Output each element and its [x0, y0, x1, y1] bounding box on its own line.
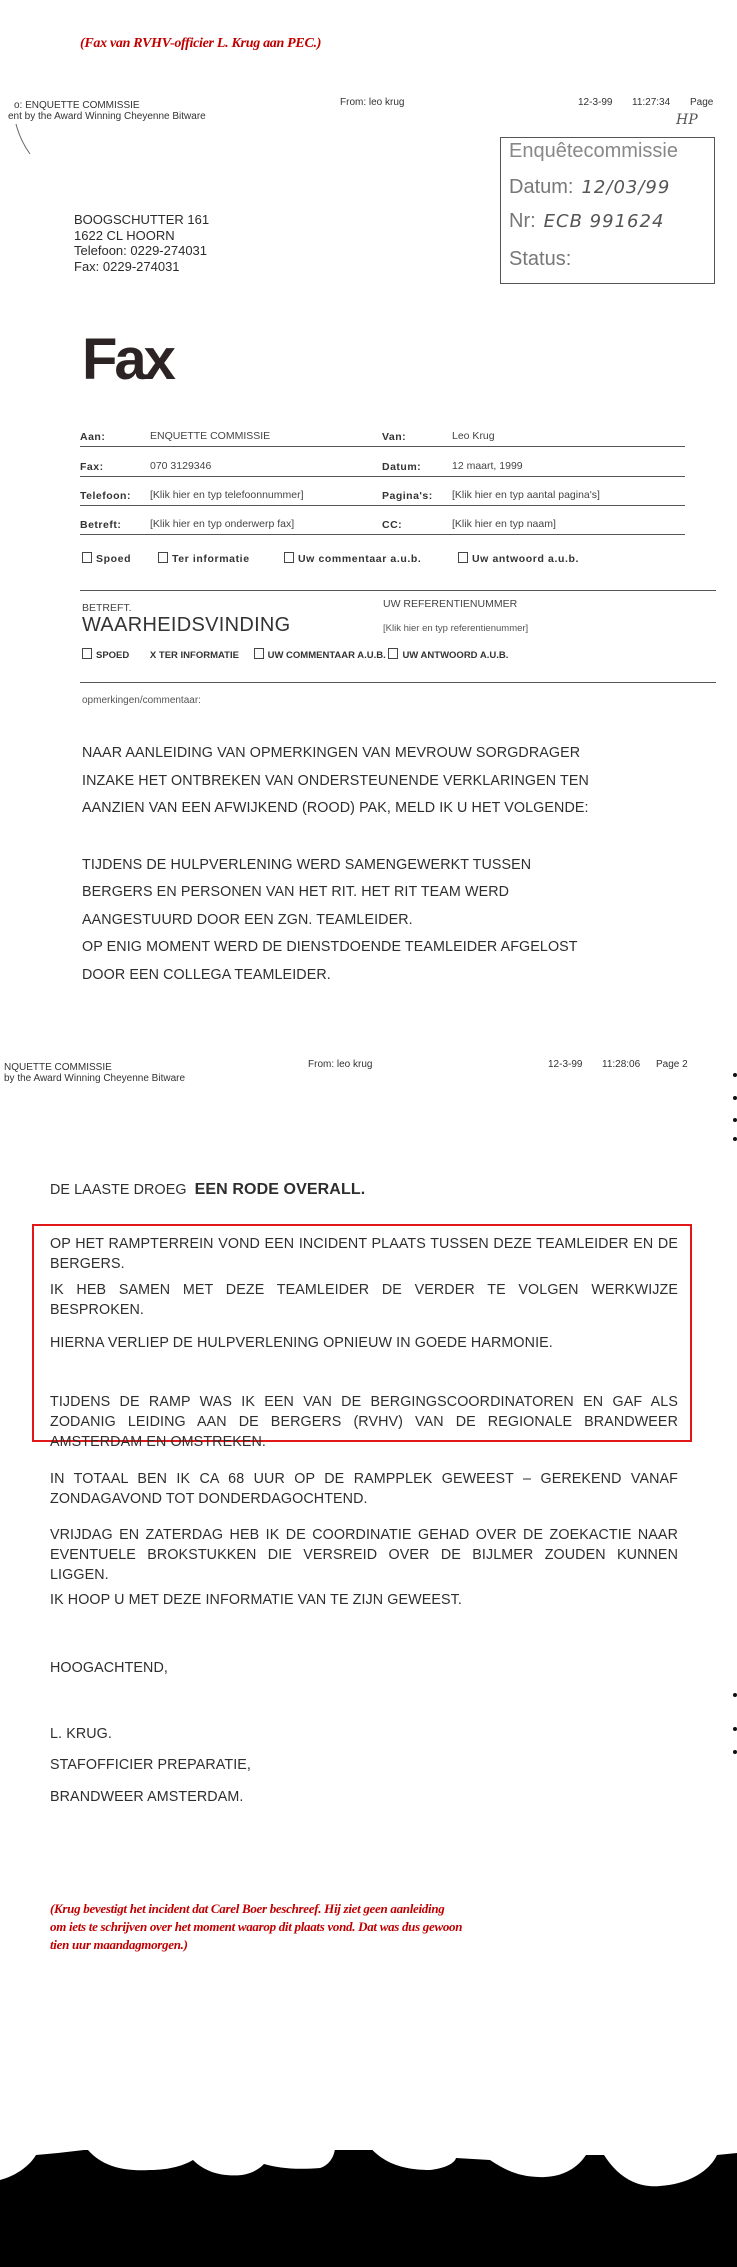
checkmark-x-icon: X: [150, 650, 156, 661]
value-aan: ENQUETTE COMMISSIE: [150, 430, 270, 442]
fax-header-time: 11:27:34: [632, 97, 670, 108]
ref-value[interactable]: [Klik hier en typ referentienummer]: [383, 623, 528, 634]
value-fax: 070 3129346: [150, 460, 211, 472]
fax-header-date: 12-3-99: [578, 97, 612, 108]
checkbox-icon: [254, 648, 264, 659]
fax-field-row-betreft: Betreft: [Klik hier en typ onderwerp fax…: [80, 508, 685, 535]
annotation-title: (Fax van RVHV-officier L. Krug aan PEC.): [80, 36, 321, 52]
checkbox-ter-informatie[interactable]: Ter informatie: [158, 552, 250, 565]
page2-paragraph-1: TIJDENS DE RAMP WAS IK EEN VAN DE BERGIN…: [50, 1392, 678, 1452]
address-phone: Telefoon: 0229-274031: [74, 243, 209, 259]
annotation-bottom: (Krug bevestigt het incident dat Carel B…: [50, 1900, 462, 1954]
label-datum: Datum:: [382, 461, 421, 473]
address-fax: Fax: 0229-274031: [74, 259, 209, 275]
check-uw-commentaar[interactable]: UW COMMENTAAR A.U.B.: [254, 650, 386, 661]
page1-body: NAAR AANLEIDING VAN OPMERKINGEN VAN MEVR…: [82, 740, 589, 989]
checkbox-uw-commentaar[interactable]: Uw commentaar a.u.b.: [284, 552, 421, 565]
red-overall-emphasis: EEN RODE OVERALL.: [195, 1181, 366, 1198]
fax-field-row-telefoon: Telefoon: [Klik hier en typ telefoonnumm…: [80, 479, 685, 506]
stamp-nr-value: ECB 991624: [544, 211, 665, 232]
fax-header-to-2: NQUETTE COMMISSIE: [4, 1062, 112, 1073]
fax-header-to: o: ENQUETTE COMMISSIE: [14, 100, 140, 111]
closing-org: BRANDWEER AMSTERDAM.: [50, 1789, 243, 1805]
sender-address: BOOGSCHUTTER 161 1622 CL HOORN Telefoon:…: [74, 212, 209, 274]
label-aan: Aan:: [80, 431, 105, 443]
fax-logo: Fax: [82, 326, 173, 393]
checkbox-spoed[interactable]: Spoed: [82, 552, 131, 565]
page2-lead: DE LAASTE DROEG EEN RODE OVERALL.: [50, 1181, 365, 1199]
label-fax: Fax:: [80, 461, 104, 473]
checkbox-icon: [82, 552, 92, 563]
fax-header-sent-by-2: by the Award Winning Cheyenne Bitware: [4, 1073, 185, 1084]
stamp-title: Enquêtecommissie: [509, 140, 678, 163]
value-datum: 12 maart, 1999: [452, 460, 523, 472]
received-stamp: Enquêtecommissie Datum:12/03/99 Nr:ECB 9…: [500, 137, 715, 284]
checkbox-uw-antwoord[interactable]: Uw antwoord a.u.b.: [458, 552, 579, 565]
value-cc[interactable]: [Klik hier en typ naam]: [452, 518, 556, 530]
checkbox-icon: [388, 648, 398, 659]
closing-name: L. KRUG.: [50, 1726, 112, 1742]
divider: [80, 682, 716, 683]
closing-greeting: HOOGACHTEND,: [50, 1660, 168, 1676]
betreft-label: BETREFT.: [82, 602, 132, 614]
checkbox-icon: [158, 552, 168, 563]
closing-title: STAFOFFICIER PREPARATIE,: [50, 1757, 251, 1773]
checkbox-icon: [284, 552, 294, 563]
edge-mark: [733, 1750, 737, 1754]
fax-header-from: From: leo krug: [340, 97, 404, 108]
check-spoed[interactable]: SPOED: [82, 650, 129, 661]
edge-mark: [733, 1137, 737, 1141]
label-cc: CC:: [382, 519, 402, 531]
scribble-mark: [12, 122, 42, 158]
fax-header-from-2: From: leo krug: [308, 1059, 372, 1070]
fax-header-date-2: 12-3-99: [548, 1059, 582, 1070]
page2-paragraph-4: IK HOOP U MET DEZE INFORMATIE VAN TE ZIJ…: [50, 1590, 678, 1610]
divider: [80, 590, 716, 591]
page2-paragraph-3: VRIJDAG EN ZATERDAG HEB IK DE COORDINATI…: [50, 1525, 678, 1585]
handwritten-initials: HP: [676, 112, 698, 128]
value-van: Leo Krug: [452, 430, 495, 442]
value-telefoon[interactable]: [Klik hier en typ telefoonnummer]: [150, 489, 304, 501]
fax-header-page: Page: [690, 97, 713, 108]
fax-field-row-fax: Fax: 070 3129346 Datum: 12 maart, 1999: [80, 450, 685, 477]
fax-header-time-2: 11:28:06: [602, 1059, 640, 1070]
fax-field-row-aan: Aan: ENQUETTE COMMISSIE Van: Leo Krug: [80, 420, 685, 447]
stamp-status-label: Status:: [509, 248, 571, 271]
checkbox-row-2: SPOED X TER INFORMATIE UW COMMENTAAR A.U…: [82, 648, 508, 661]
address-street: BOOGSCHUTTER 161: [74, 212, 209, 228]
value-paginas[interactable]: [Klik hier en typ aantal pagina's]: [452, 489, 600, 501]
comments-label: opmerkingen/commentaar:: [82, 695, 201, 706]
stamp-datum-label: Datum:: [509, 176, 573, 198]
label-betreft: Betreft:: [80, 519, 121, 531]
fax-header-page-2: Page 2: [656, 1059, 688, 1070]
betreft-value: WAARHEIDSVINDING: [82, 614, 291, 637]
torn-paper-edge: [0, 2150, 737, 2267]
address-city: 1622 CL HOORN: [74, 228, 209, 244]
highlight-paragraph-2: IK HEB SAMEN MET DEZE TEAMLEIDER DE VERD…: [50, 1280, 678, 1320]
checkbox-icon: [82, 648, 92, 659]
highlight-paragraph-1: OP HET RAMPTERREIN VOND EEN INCIDENT PLA…: [50, 1234, 678, 1274]
check-uw-antwoord[interactable]: UW ANTWOORD A.U.B.: [388, 650, 508, 661]
edge-mark: [733, 1693, 737, 1697]
label-paginas: Pagina's:: [382, 490, 433, 502]
value-betreft[interactable]: [Klik hier en typ onderwerp fax]: [150, 518, 294, 530]
page2-paragraph-2: IN TOTAAL BEN IK CA 68 UUR OP DE RAMPPLE…: [50, 1469, 678, 1509]
label-van: Van:: [382, 431, 406, 443]
fax-header-sent-by: ent by the Award Winning Cheyenne Bitwar…: [8, 111, 206, 122]
highlight-paragraph-3: HIERNA VERLIEP DE HULPVERLENING OPNIEUW …: [50, 1333, 678, 1353]
edge-mark: [733, 1727, 737, 1731]
stamp-datum-value: 12/03/99: [581, 177, 670, 198]
stamp-nr-label: Nr:: [509, 210, 536, 232]
check-ter-informatie[interactable]: X TER INFORMATIE: [150, 650, 239, 661]
checkbox-icon: [458, 552, 468, 563]
label-telefoon: Telefoon:: [80, 490, 131, 502]
edge-mark: [733, 1118, 737, 1122]
ref-label: UW REFERENTIENUMMER: [383, 598, 517, 610]
edge-mark: [733, 1096, 737, 1100]
edge-mark: [733, 1073, 737, 1077]
